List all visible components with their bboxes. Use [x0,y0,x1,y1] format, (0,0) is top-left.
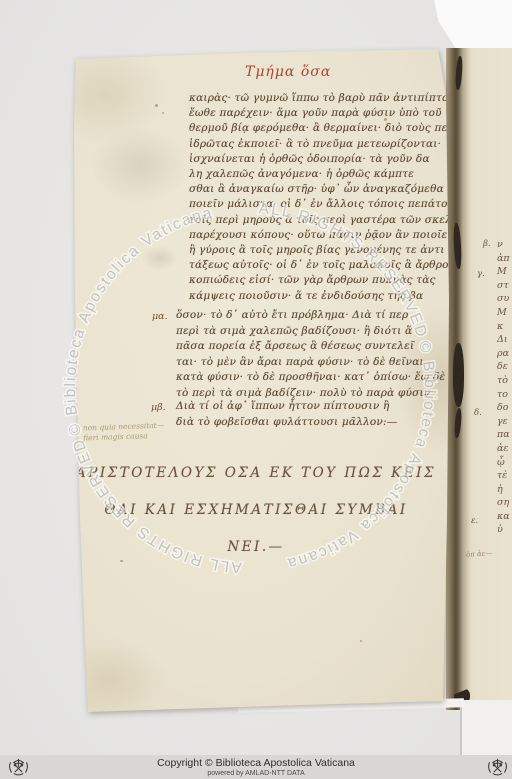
manuscript-text-line: ἱδρῶτας ἐκποιεῖ· ἃ τὸ πνεῦμα μετεωρίζοντ… [189,137,429,152]
manuscript-text-line: καιρὰς· τῶ γυμνῶ ἵππω τὸ βαρὺ πᾶν ἀντιπί… [189,91,429,106]
manuscript-text-line: τάξεως αὐτοῖς· οἱ δ᾽ ἐν τοῖς μαλακοῖς ἃ … [189,258,429,273]
manuscript-text-line: πᾶσα πορεία ἐξ ἄρσεως ἃ θέσεως συντελεῖ [176,339,453,355]
chapter-heading-line: ΘΑΙ ΚΑΙ ΕΣΧΗΜΑΤΙΣΘΑΙ ΣΥΜΒΑΙ [76,492,436,529]
rubric-title: Τμήμα ὅσα [245,64,331,80]
manuscript-text-line: ἕωθε παρέχειν· ἅμα γοῦν παρὰ φύσιν ὑπὸ τ… [189,106,429,121]
manuscript-text-line: ἰσχναίνεται ἡ ὀρθῶς ὁδοιπορία· τὰ γοῦν δ… [189,152,429,167]
manuscript-text-line: σθαι ἃ ἀναγκαίω στῆρ· ὑφ᾽ ὧν ἀναγκαζόμεθ… [189,182,429,197]
chapter-heading-line: ΑΡΙΣΤΟΤΕΛΟΥΣ ΟΣΑ ΕΚ ΤΟΥ ΠΩΣ ΚΕΙΣ [76,455,436,492]
section-number-mb: μβ. [151,402,166,413]
digitized-manuscript-photo: νἀπΜστσυΜκΔιραδετὸτοδογεπαἀεᾧτὲἠσηκαὑ β.… [0,0,512,779]
manuscript-text-line: περὶ τὰ σιμὰ χαλεπῶς βαδίζουσι· ἢ διότι … [176,324,453,340]
chapter-heading-line: ΝΕΙ.— [76,529,436,566]
main-text-block: καιρὰς· τῶ γυμνῶ ἵππω τὸ βαρὺ πᾶν ἀντιπί… [189,91,429,304]
section-ma-text: ὅσον· τὸ δ᾽ αὐτὸ ἔτι πρόβλημα· Διὰ τί πε… [176,308,453,402]
manuscript-text-line: θερμοῦ βίᾳ φερόμεθα· ἃ θερμαίνει· διὸ το… [189,121,429,136]
manuscript-page-wrap: Τμήμα ὅσα καιρὰς· τῶ γυμνῶ ἵππω τὸ βαρὺ … [0,0,512,779]
manuscript-text-line: ὅσον· τὸ δ᾽ αὐτὸ ἔτι πρόβλημα· Διὰ τί πε… [176,308,453,324]
latin-note-line: fieri magis causa [83,431,165,444]
ink-speck [360,640,362,642]
copyright-text: Copyright © Biblioteca Apostolica Vatica… [0,755,512,769]
manuscript-text-line: ται· τὸ μὲν ἂν ἄραι παρὰ φύσιν· τὸ δὲ θε… [176,355,453,371]
manuscript-text-line: ποιεῖν μάλιστα· οἱ δ᾽ ἐν ἄλλοις τόποις π… [189,197,429,212]
latin-marginal-note: non quia necessitat—fieri magis causa [83,421,165,444]
section-number-ma: μα. [152,311,168,322]
ink-speck [162,112,164,114]
manuscript-page: Τμήμα ὅσα καιρὰς· τῶ γυμνῶ ἵππω τὸ βαρὺ … [0,0,512,779]
manuscript-text-line: παρέχουσι κόπους· οὕτω πᾶσιν ῥᾷον ἂν ποι… [189,228,429,243]
footer-bar: Copyright © Biblioteca Apostolica Vatica… [0,755,512,779]
manuscript-text-line: κάμψεις ποιοῦσιν· ἅ τε ἐνδιδούσης τῆς βα [189,289,429,304]
section-mb-text: Διὰ τί οἱ ἀφ᾽ ἵππων ἧττον πίπτουσιν ἢδιὰ… [176,399,397,430]
manuscript-text-line: Διὰ τί οἱ ἀφ᾽ ἵππων ἧττον πίπτουσιν ἢ [176,399,397,415]
manuscript-text-line: διὰ τὸ φοβεῖσθαι φυλάττουσι μᾶλλον:— [176,415,397,431]
powered-by-text: powered by AMLAD-NTT DATA [0,769,512,778]
manuscript-text-line: κοπιώδεις εἰσί· τῶν γὰρ ἄρθρων πυκνὰς τὰ… [189,273,429,288]
manuscript-text-line: λη χαλεπῶς ἀναγόμενα· ἡ ὀρθῶς κάμπτε [189,167,429,182]
manuscript-text-line: κατὰ φύσιν· τὸ δὲ προσθῆναι· κατ᾽ ὀπίσω·… [176,370,453,386]
vatican-library-emblem-icon [7,755,30,778]
ink-speck [155,104,158,107]
manuscript-text-line: τοῖς περὶ μηροὺς ἃ τοῖς περὶ γαστέρα τῶν… [189,213,429,228]
chapter-heading: ΑΡΙΣΤΟΤΕΛΟΥΣ ΟΣΑ ΕΚ ΤΟΥ ΠΩΣ ΚΕΙΣΘΑΙ ΚΑΙ … [76,455,436,566]
manuscript-text-line: ἢ γύροις ἃ τοῖς μηροῖς βίας γενομένης τε… [189,243,429,258]
vatican-library-emblem-icon [486,755,509,778]
